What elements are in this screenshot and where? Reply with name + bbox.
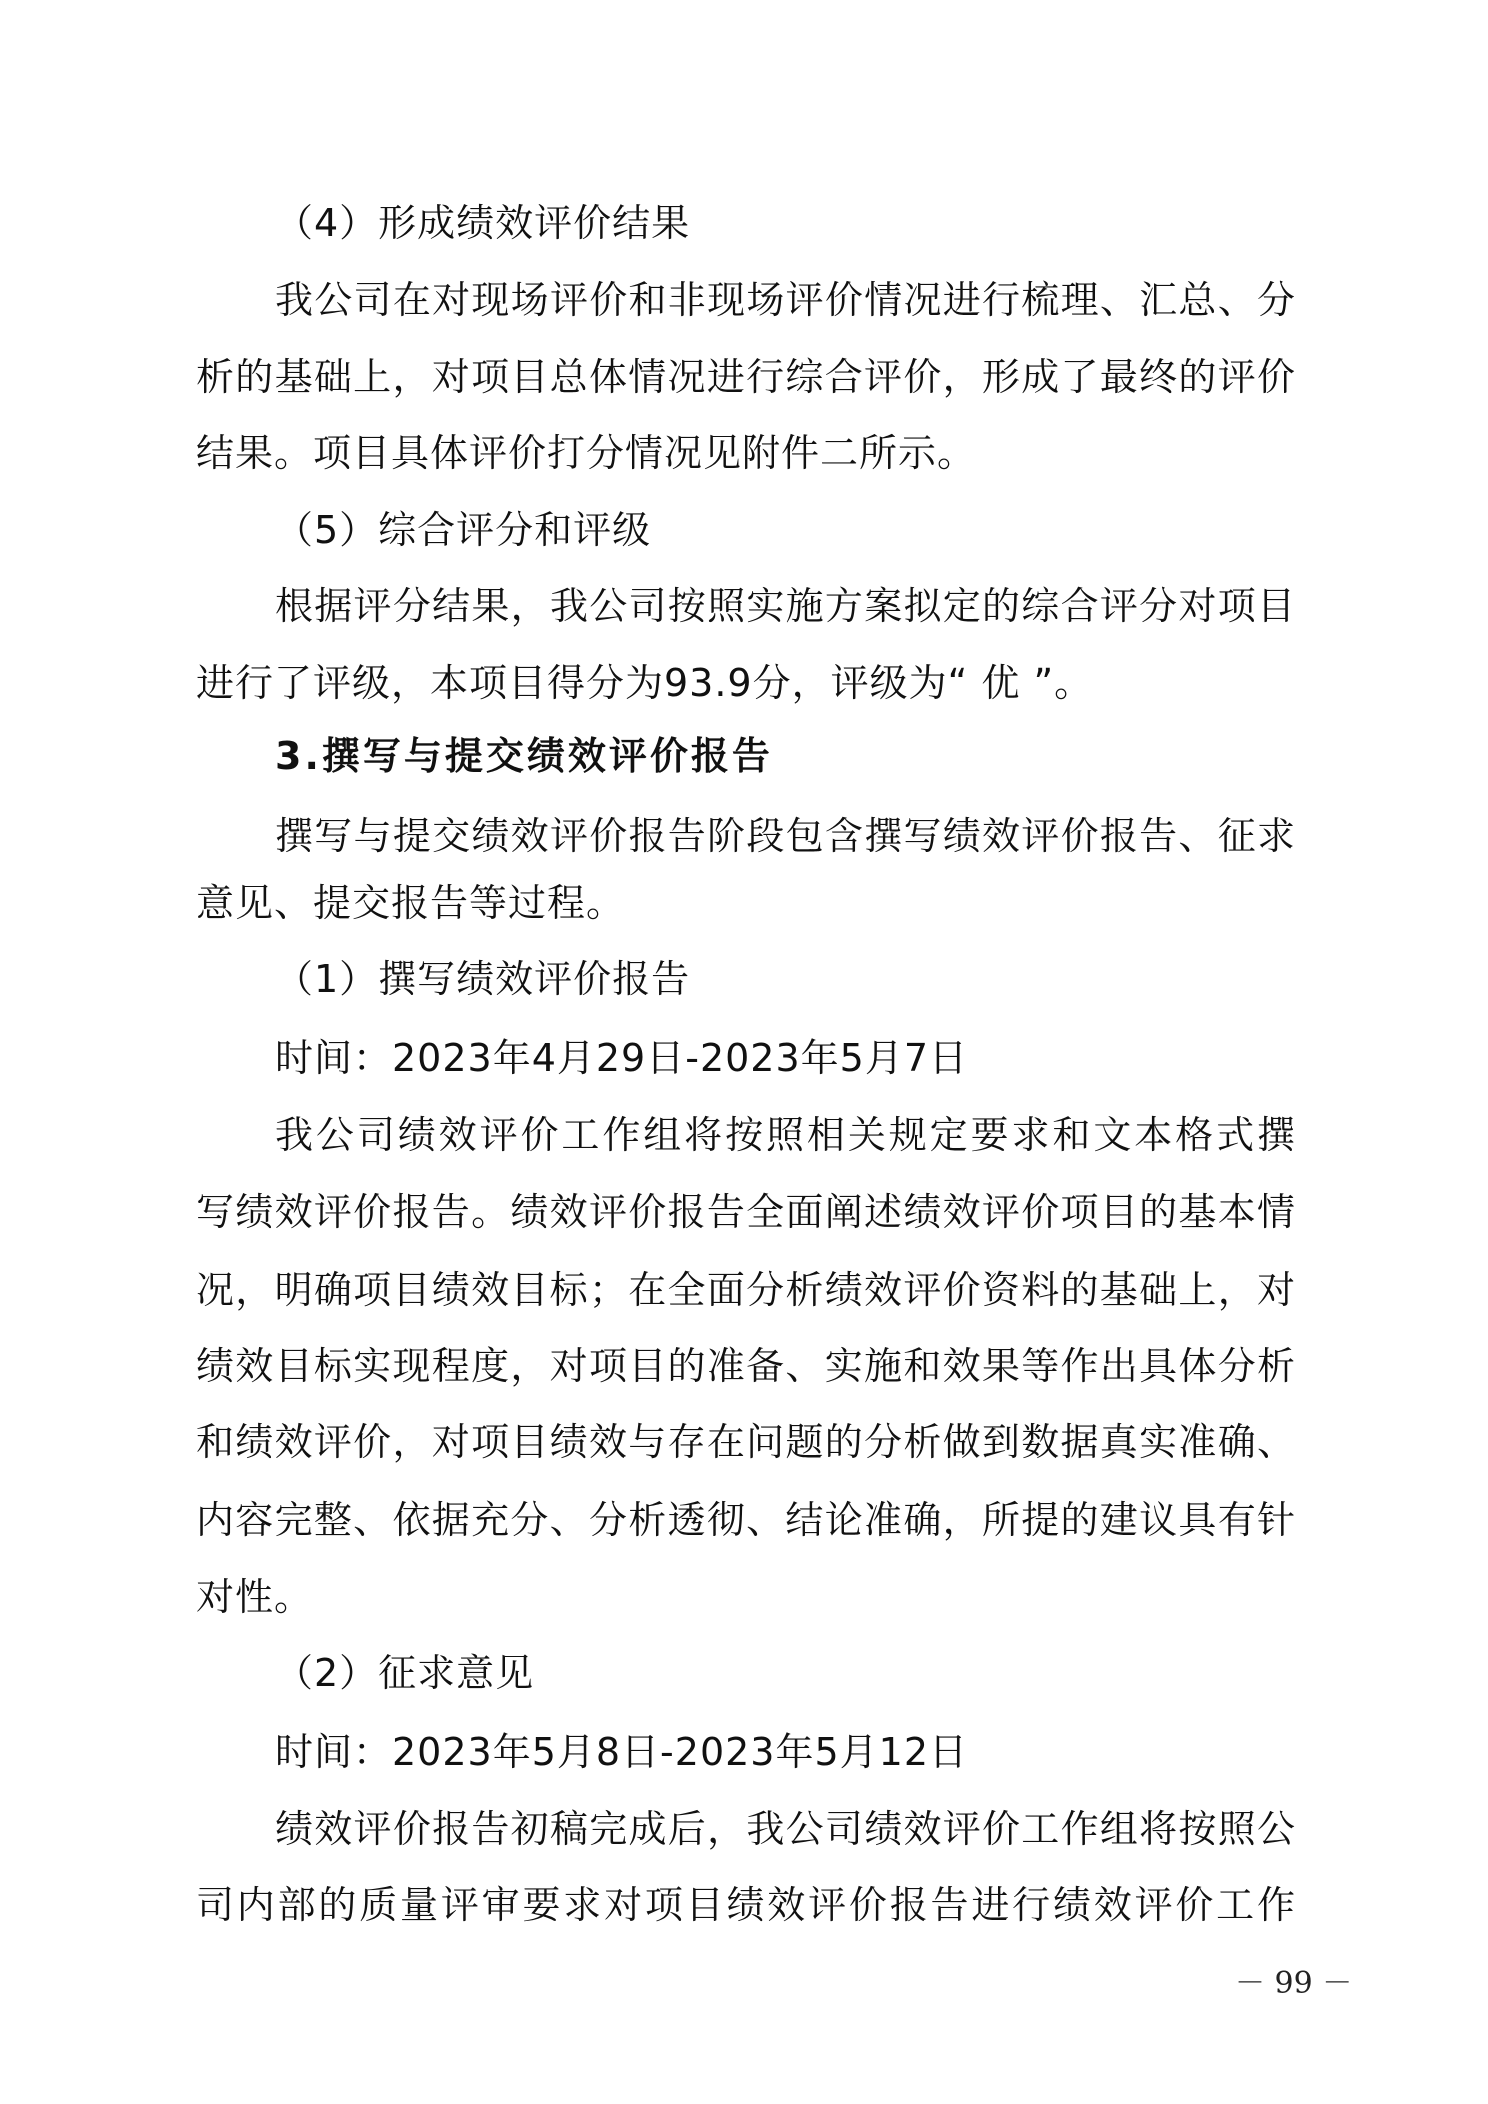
paragraph-line: 对性。: [196, 1573, 1296, 1621]
paragraph-line: 结果。项目具体评价打分情况见附件二所示。: [196, 429, 1296, 477]
paragraph-line: 进行了评级，本项目得分为93.9分，评级为“ 优 ”。: [196, 659, 1296, 707]
paragraph-line: 根据评分结果，我公司按照实施方案拟定的综合评分对项目: [275, 582, 1296, 630]
paragraph-line: 写绩效评价报告。绩效评价报告全面阐述绩效评价项目的基本情: [196, 1188, 1296, 1236]
paragraph-line: 司内部的质量评审要求对项目绩效评价报告进行绩效评价工作: [196, 1881, 1296, 1929]
document-page: （4）形成绩效评价结果 我公司在对现场评价和非现场评价情况进行梳理、汇总、分 析…: [0, 0, 1488, 2104]
time-range: 时间：2023年5月8日-2023年5月12日: [275, 1728, 1296, 1776]
subheading-solicit-opinions: （2）征求意见: [275, 1649, 1296, 1697]
paragraph-line: 撰写与提交绩效评价报告阶段包含撰写绩效评价报告、征求: [275, 812, 1296, 860]
paragraph-line: 绩效目标实现程度，对项目的准备、实施和效果等作出具体分析: [196, 1342, 1296, 1390]
time-range: 时间：2023年4月29日-2023年5月7日: [275, 1034, 1296, 1082]
section-heading-write-report: 3.撰写与提交绩效评价报告: [275, 732, 1296, 780]
page-number: － 99 －: [1235, 1958, 1352, 2002]
subheading-score-rating: （5）综合评分和评级: [275, 506, 1296, 554]
paragraph-line: 我公司绩效评价工作组将按照相关规定要求和文本格式撰: [275, 1111, 1296, 1159]
subheading-write-report: （1）撰写绩效评价报告: [275, 955, 1296, 1003]
paragraph-line: 绩效评价报告初稿完成后，我公司绩效评价工作组将按照公: [275, 1805, 1296, 1853]
paragraph-line: 内容完整、依据充分、分析透彻、结论准确，所提的建议具有针: [196, 1496, 1296, 1544]
paragraph-line: 和绩效评价，对项目绩效与存在问题的分析做到数据真实准确、: [196, 1418, 1296, 1466]
paragraph-line: 意见、提交报告等过程。: [196, 879, 1296, 927]
paragraph-line: 我公司在对现场评价和非现场评价情况进行梳理、汇总、分: [275, 276, 1296, 324]
paragraph-line: 析的基础上，对项目总体情况进行综合评价，形成了最终的评价: [196, 353, 1296, 401]
subheading-form-result: （4）形成绩效评价结果: [275, 199, 1296, 247]
paragraph-line: 况，明确项目绩效目标；在全面分析绩效评价资料的基础上，对: [196, 1266, 1296, 1314]
